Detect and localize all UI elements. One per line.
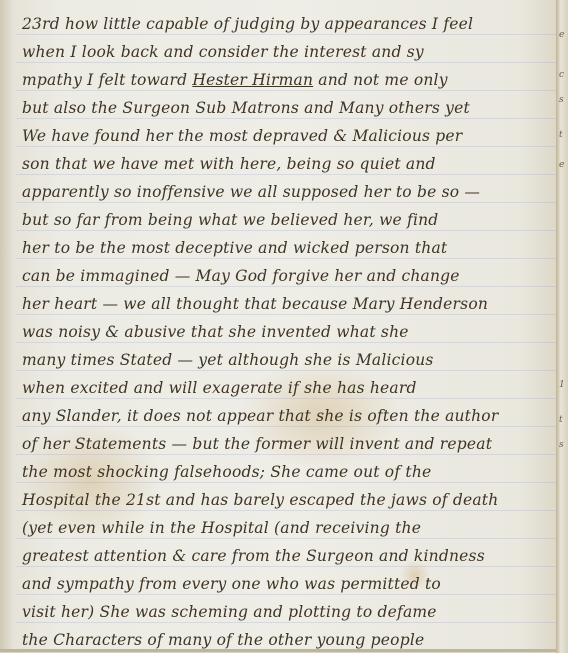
ruled-line bbox=[16, 510, 556, 511]
text-line: and sympathy from every one who was perm… bbox=[22, 575, 552, 593]
ruled-line bbox=[16, 426, 556, 427]
text-line: greatest attention & care from the Surge… bbox=[22, 547, 552, 565]
ruled-line bbox=[16, 146, 556, 147]
ruled-line bbox=[16, 34, 556, 35]
ruled-line bbox=[16, 454, 556, 455]
margin-mark: e bbox=[559, 30, 564, 40]
text-line: many times Stated — yet although she is … bbox=[22, 351, 552, 369]
margin-mark: c bbox=[559, 70, 564, 80]
text-line: son that we have met with here, being so… bbox=[22, 155, 552, 173]
text-line: the Characters of many of the other youn… bbox=[22, 631, 552, 649]
text-line: her heart — we all thought that because … bbox=[22, 295, 552, 313]
text-line: any Slander, it does not appear that she… bbox=[22, 407, 552, 425]
margin-mark: s bbox=[559, 440, 564, 450]
text-line: Hospital the 21st and has barely escaped… bbox=[22, 491, 552, 509]
ruled-line bbox=[16, 566, 556, 567]
margin-mark: 1 bbox=[559, 380, 565, 390]
ruled-line bbox=[16, 482, 556, 483]
ruled-line bbox=[16, 622, 556, 623]
ruled-line bbox=[16, 538, 556, 539]
manuscript-page: 23rd how little capable of judging by ap… bbox=[0, 0, 564, 652]
ruled-line bbox=[16, 314, 556, 315]
text-line: was noisy & abusive that she invented wh… bbox=[22, 323, 552, 341]
ruled-line bbox=[16, 174, 556, 175]
text-line: her to be the most deceptive and wicked … bbox=[22, 239, 552, 257]
text-line: the most shocking falsehoods; She came o… bbox=[22, 463, 552, 481]
text-line: 23rd how little capable of judging by ap… bbox=[22, 15, 552, 33]
text-line: visit her) She was scheming and plotting… bbox=[22, 603, 552, 621]
ruled-line bbox=[16, 118, 556, 119]
text-line: mpathy I felt toward Hester Hirman and n… bbox=[22, 71, 552, 89]
ruled-line bbox=[16, 62, 556, 63]
ruled-line bbox=[16, 230, 556, 231]
text-line: can be immagined — May God forgive her a… bbox=[22, 267, 552, 285]
margin-mark: t bbox=[559, 415, 563, 425]
margin-mark: t bbox=[559, 130, 563, 140]
margin-mark: e bbox=[559, 160, 564, 170]
text-line: but so far from being what we believed h… bbox=[22, 211, 552, 229]
ruled-line bbox=[16, 594, 556, 595]
underlined-name: Hester Hirman bbox=[192, 71, 313, 89]
text-line: of her Statements — but the former will … bbox=[22, 435, 552, 453]
text-line: when I look back and consider the intere… bbox=[22, 43, 552, 61]
text-line: when excited and will exagerate if she h… bbox=[22, 379, 552, 397]
text-line: apparently so inoffensive we all suppose… bbox=[22, 183, 552, 201]
ruled-line bbox=[16, 90, 556, 91]
text-line: (yet even while in the Hospital (and rec… bbox=[22, 519, 552, 537]
margin-mark: s bbox=[559, 95, 564, 105]
text-line: but also the Surgeon Sub Matrons and Man… bbox=[22, 99, 552, 117]
ruled-line bbox=[16, 202, 556, 203]
ruled-line bbox=[16, 342, 556, 343]
ruled-line bbox=[16, 286, 556, 287]
ruled-line bbox=[16, 258, 556, 259]
text-line: We have found her the most depraved & Ma… bbox=[22, 127, 552, 145]
ruled-line bbox=[16, 398, 556, 399]
ruled-line bbox=[16, 370, 556, 371]
